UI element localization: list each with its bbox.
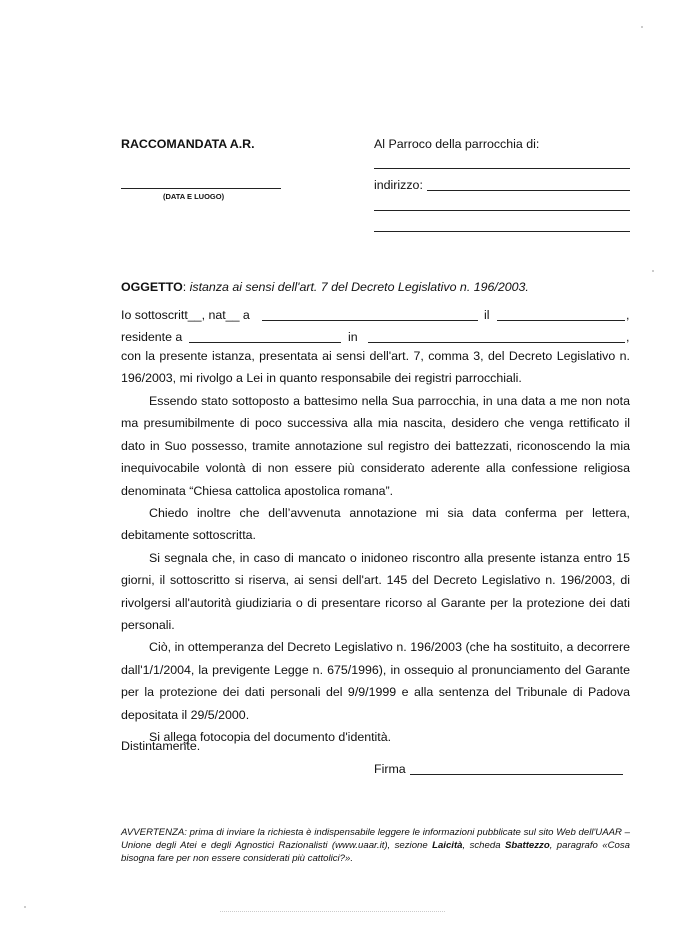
registered-mail-heading: RACCOMANDATA A.R. [121,137,255,151]
body: Essendo stato sottoposto a battesimo nel… [121,390,630,749]
comma: , [626,308,629,322]
scan-speck [24,906,26,908]
date-place-field[interactable] [121,188,281,189]
address-label: indirizzo: [374,178,423,192]
paragraph-baptism: Essendo stato sottoposto a battesimo nel… [121,390,630,502]
residence-label: residente a [121,330,182,344]
scan-speck [641,26,643,28]
address-line-2-field[interactable] [374,210,630,211]
paragraph-legal-basis: Ciò, in ottemperanza del Decreto Legisla… [121,636,630,726]
subject-text: istanza ai sensi dell'art. 7 del Decreto… [190,280,529,294]
residence-street-field[interactable] [368,342,625,343]
address-field[interactable] [427,190,630,191]
paragraph-legal-recourse: Si segnala che, in caso di mancato o ini… [121,547,630,637]
signature-label: Firma [374,762,406,776]
scan-artifact [220,911,445,912]
warning-text: , scheda [463,840,505,851]
residence-city-field[interactable] [189,342,341,343]
date-place-label: (DATA E LUOGO) [163,192,224,201]
birthdate-label: il [484,308,490,322]
scan-speck [652,270,654,272]
subject-separator: : [183,280,186,294]
parish-name-field[interactable] [374,168,630,169]
warning-tab-name: Sbattezzo [505,840,550,851]
birthplace-field[interactable] [262,320,478,321]
residence-street-label: in [348,330,358,344]
paragraph-confirmation: Chiedo inoltre che dell’avvenuta annotaz… [121,502,630,547]
warning-section-name: Laicità [432,840,462,851]
subject-label: OGGETTO [121,280,183,294]
warning-note: AVVERTENZA: prima di inviare la richiest… [121,826,630,866]
recipient-label: Al Parroco della parrocchia di: [374,137,539,151]
identity-line-1-text: Io sottoscritt__, nat__ a [121,308,250,322]
address-line-3-field[interactable] [374,231,630,232]
birthdate-field[interactable] [497,320,625,321]
signature-field[interactable] [410,774,623,775]
intro-text: con la presente istanza, presentata ai s… [121,345,630,390]
comma: , [626,330,629,344]
subject-line: OGGETTO: istanza ai sensi dell'art. 7 de… [121,280,529,294]
intro-paragraph: con la presente istanza, presentata ai s… [121,345,630,390]
salutation: Distintamente. [121,739,200,753]
